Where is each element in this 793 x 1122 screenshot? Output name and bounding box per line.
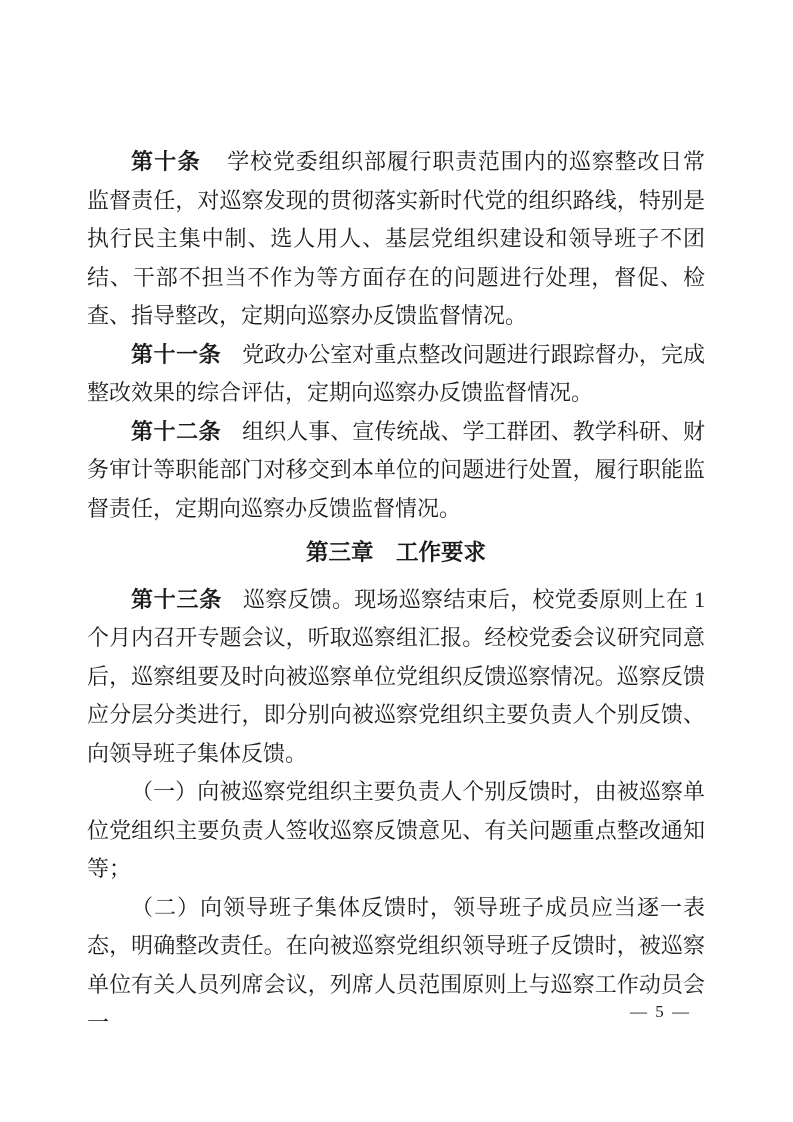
article-13-text: 巡察反馈。现场巡察结束后，校党委原则上在 1 个月内召开专题会议，听取巡察组汇报… [87,587,705,766]
article-11-paragraph: 第十一条党政办公室对重点整改问题进行跟踪督办，完成整改效果的综合评估，定期向巡察… [87,336,705,413]
list-item-2-paragraph: （二）向领导班子集体反馈时，领导班子成员应当逐一表态，明确整改责任。在向被巡察党… [87,889,705,1043]
article-13-label: 第十三条 [131,587,222,612]
article-13-paragraph: 第十三条巡察反馈。现场巡察结束后，校党委原则上在 1 个月内召开专题会议，听取巡… [87,581,705,774]
article-10-paragraph: 第十条学校党委组织部履行职责范围内的巡察整改日常监督责任，对巡察发现的贯彻落实新… [87,143,705,336]
list-item-1-paragraph: （一）向被巡察党组织主要负责人个别反馈时，由被巡察单位党组织主要负责人签收巡察反… [87,773,705,889]
chapter-3-heading: 第三章 工作要求 [87,534,705,573]
document-content: 第十条学校党委组织部履行职责范围内的巡察整改日常监督责任，对巡察发现的贯彻落实新… [87,143,705,1043]
page-footer: — 5 — [630,1000,691,1024]
article-12-label: 第十二条 [131,419,221,444]
article-10-label: 第十条 [131,149,201,174]
article-12-paragraph: 第十二条组织人事、宣传统战、学工群团、教学科研、财务审计等职能部门对移交到本单位… [87,413,705,529]
document-page: 第十条学校党委组织部履行职责范围内的巡察整改日常监督责任，对巡察发现的贯彻落实新… [0,0,793,1122]
article-10-text: 学校党委组织部履行职责范围内的巡察整改日常监督责任，对巡察发现的贯彻落实新时代党… [87,149,705,328]
page-number: — 5 — [630,1002,691,1021]
article-11-label: 第十一条 [131,342,221,367]
